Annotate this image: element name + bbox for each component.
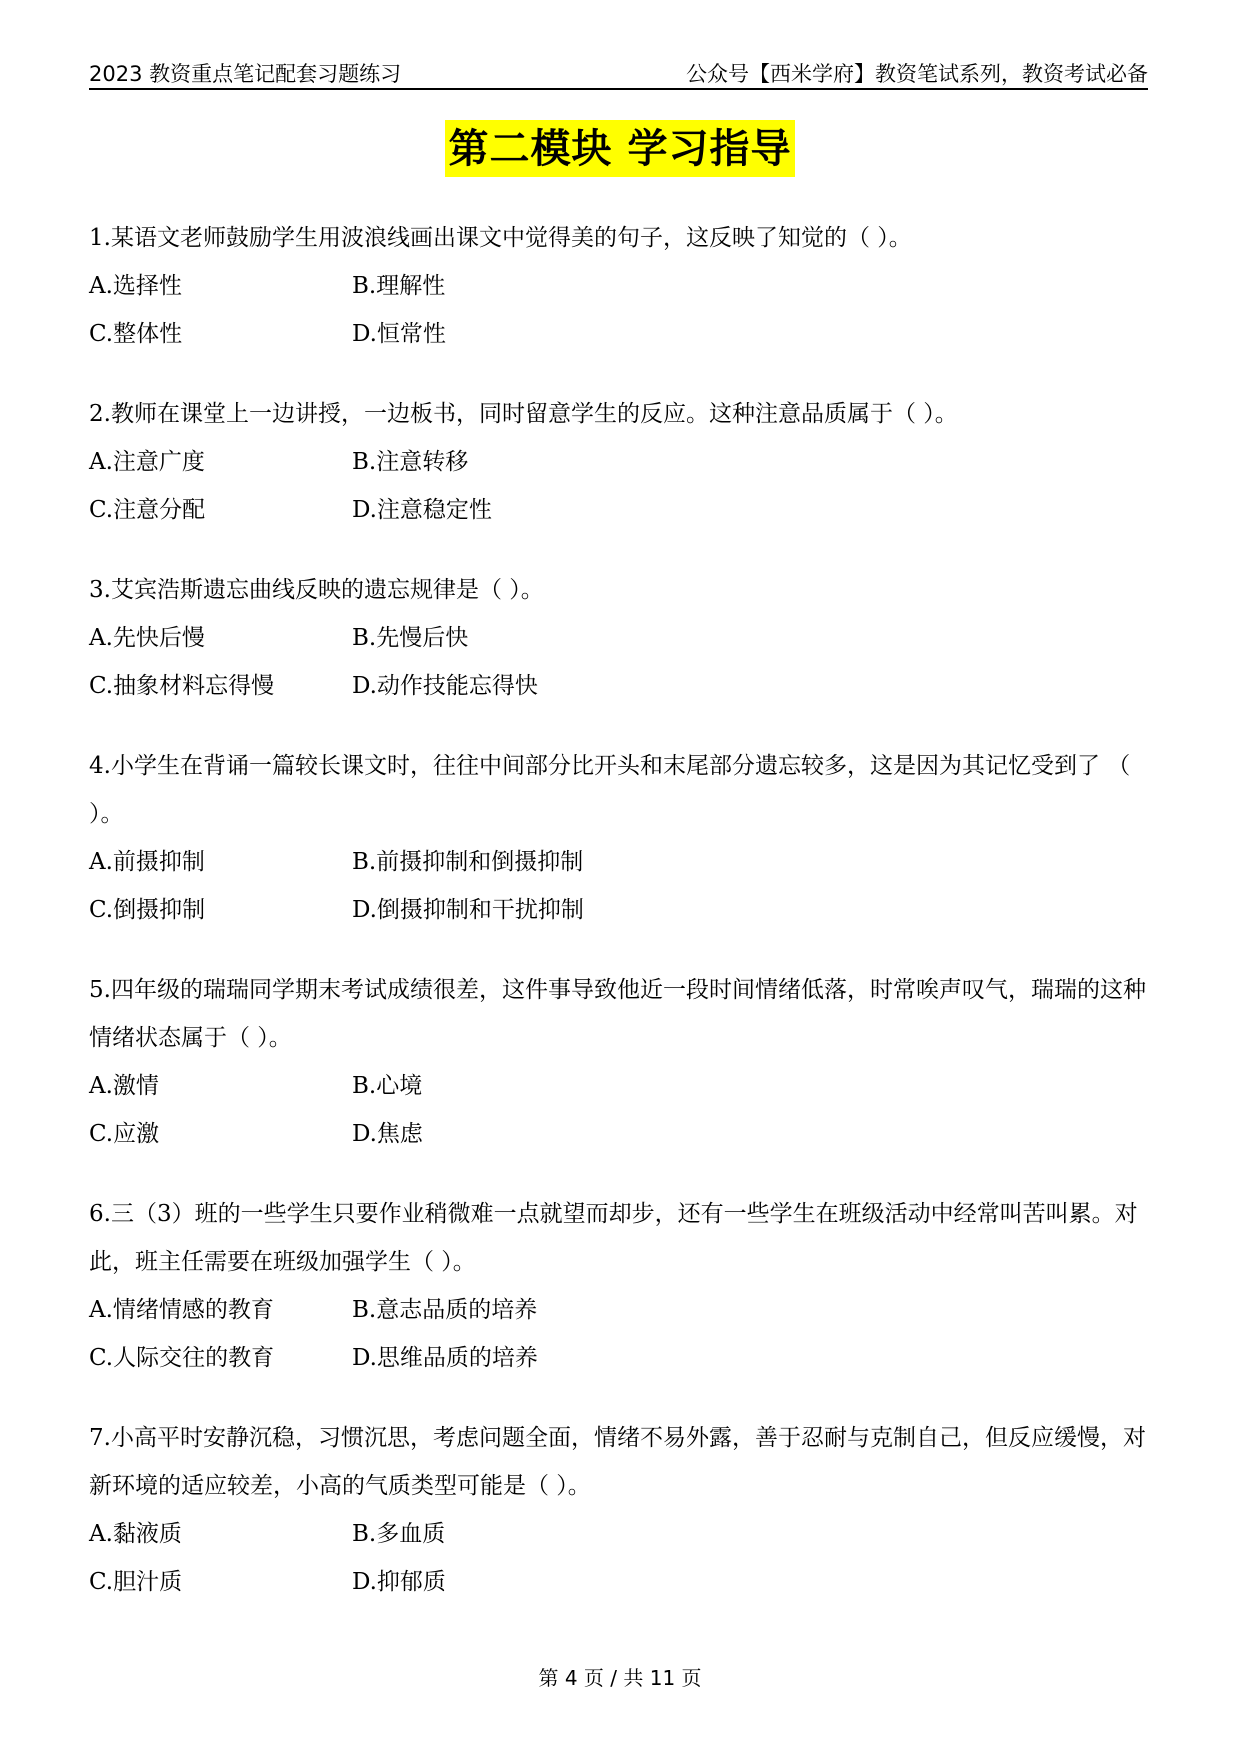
question-list: 1.某语文老师鼓励学生用波浪线画出课文中觉得美的句子，这反映了知觉的（ ）。 A… (89, 214, 1148, 1638)
question-4: 4.小学生在背诵一篇较长课文时，往往中间部分比开头和末尾部分遗忘较多，这是因为其… (89, 742, 1148, 934)
question-stem: 1.某语文老师鼓励学生用波浪线画出课文中觉得美的句子，这反映了知觉的（ ）。 (89, 214, 1148, 262)
option-d: D.倒摄抑制和干扰抑制 (352, 886, 1148, 934)
option-d: D.思维品质的培养 (352, 1334, 1148, 1382)
option-a: A.选择性 (89, 262, 352, 310)
option-b: B.先慢后快 (352, 614, 1148, 662)
option-grid: A.激情 B.心境 C.应激 D.焦虑 (89, 1062, 1148, 1158)
question-stem: 5.四年级的瑞瑞同学期末考试成绩很差，这件事导致他近一段时间情绪低落，时常唉声叹… (89, 966, 1148, 1062)
header-left-title: 2023 教资重点笔记配套习题练习 (89, 58, 401, 88)
option-grid: A.选择性 B.理解性 C.整体性 D.恒常性 (89, 262, 1148, 358)
option-c: C.抽象材料忘得慢 (89, 662, 352, 710)
option-b: B.理解性 (352, 262, 1148, 310)
option-b: B.多血质 (352, 1510, 1148, 1558)
option-a: A.先快后慢 (89, 614, 352, 662)
option-a: A.黏液质 (89, 1510, 352, 1558)
option-d: D.焦虑 (352, 1110, 1148, 1158)
question-1: 1.某语文老师鼓励学生用波浪线画出课文中觉得美的句子，这反映了知觉的（ ）。 A… (89, 214, 1148, 358)
option-b: B.前摄抑制和倒摄抑制 (352, 838, 1148, 886)
question-2: 2.教师在课堂上一边讲授，一边板书，同时留意学生的反应。这种注意品质属于（ ）。… (89, 390, 1148, 534)
option-grid: A.先快后慢 B.先慢后快 C.抽象材料忘得慢 D.动作技能忘得快 (89, 614, 1148, 710)
option-c: C.整体性 (89, 310, 352, 358)
page-header: 2023 教资重点笔记配套习题练习 公众号【西米学府】教资笔试系列，教资考试必备 (89, 56, 1148, 90)
option-d: D.抑郁质 (352, 1558, 1148, 1606)
option-b: B.心境 (352, 1062, 1148, 1110)
option-d: D.恒常性 (352, 310, 1148, 358)
question-5: 5.四年级的瑞瑞同学期末考试成绩很差，这件事导致他近一段时间情绪低落，时常唉声叹… (89, 966, 1148, 1158)
header-right-source: 公众号【西米学府】教资笔试系列，教资考试必备 (686, 58, 1148, 88)
question-stem: 7.小高平时安静沉稳，习惯沉思，考虑问题全面，情绪不易外露，善于忍耐与克制自己，… (89, 1414, 1148, 1510)
option-a: A.激情 (89, 1062, 352, 1110)
question-stem: 2.教师在课堂上一边讲授，一边板书，同时留意学生的反应。这种注意品质属于（ ）。 (89, 390, 1148, 438)
section-title: 第二模块 学习指导 (445, 120, 796, 177)
question-stem: 6.三（3）班的一些学生只要作业稍微难一点就望而却步，还有一些学生在班级活动中经… (89, 1190, 1148, 1286)
option-grid: A.前摄抑制 B.前摄抑制和倒摄抑制 C.倒摄抑制 D.倒摄抑制和干扰抑制 (89, 838, 1148, 934)
option-d: D.注意稳定性 (352, 486, 1148, 534)
option-grid: A.情绪情感的教育 B.意志品质的培养 C.人际交往的教育 D.思维品质的培养 (89, 1286, 1148, 1382)
option-b: B.意志品质的培养 (352, 1286, 1148, 1334)
option-a: A.情绪情感的教育 (89, 1286, 352, 1334)
option-a: A.注意广度 (89, 438, 352, 486)
option-d: D.动作技能忘得快 (352, 662, 1148, 710)
question-3: 3.艾宾浩斯遗忘曲线反映的遗忘规律是（ ）。 A.先快后慢 B.先慢后快 C.抽… (89, 566, 1148, 710)
question-stem: 3.艾宾浩斯遗忘曲线反映的遗忘规律是（ ）。 (89, 566, 1148, 614)
option-c: C.倒摄抑制 (89, 886, 352, 934)
option-grid: A.注意广度 B.注意转移 C.注意分配 D.注意稳定性 (89, 438, 1148, 534)
option-c: C.胆汁质 (89, 1558, 352, 1606)
header-divider (89, 88, 1148, 90)
option-a: A.前摄抑制 (89, 838, 352, 886)
option-b: B.注意转移 (352, 438, 1148, 486)
question-7: 7.小高平时安静沉稳，习惯沉思，考虑问题全面，情绪不易外露，善于忍耐与克制自己，… (89, 1414, 1148, 1606)
question-stem: 4.小学生在背诵一篇较长课文时，往往中间部分比开头和末尾部分遗忘较多，这是因为其… (89, 742, 1148, 838)
section-title-wrap: 第二模块 学习指导 (0, 120, 1240, 177)
option-grid: A.黏液质 B.多血质 C.胆汁质 D.抑郁质 (89, 1510, 1148, 1606)
question-6: 6.三（3）班的一些学生只要作业稍微难一点就望而却步，还有一些学生在班级活动中经… (89, 1190, 1148, 1382)
page-number: 第 4 页 / 共 11 页 (0, 1662, 1240, 1691)
option-c: C.应激 (89, 1110, 352, 1158)
option-c: C.注意分配 (89, 486, 352, 534)
option-c: C.人际交往的教育 (89, 1334, 352, 1382)
